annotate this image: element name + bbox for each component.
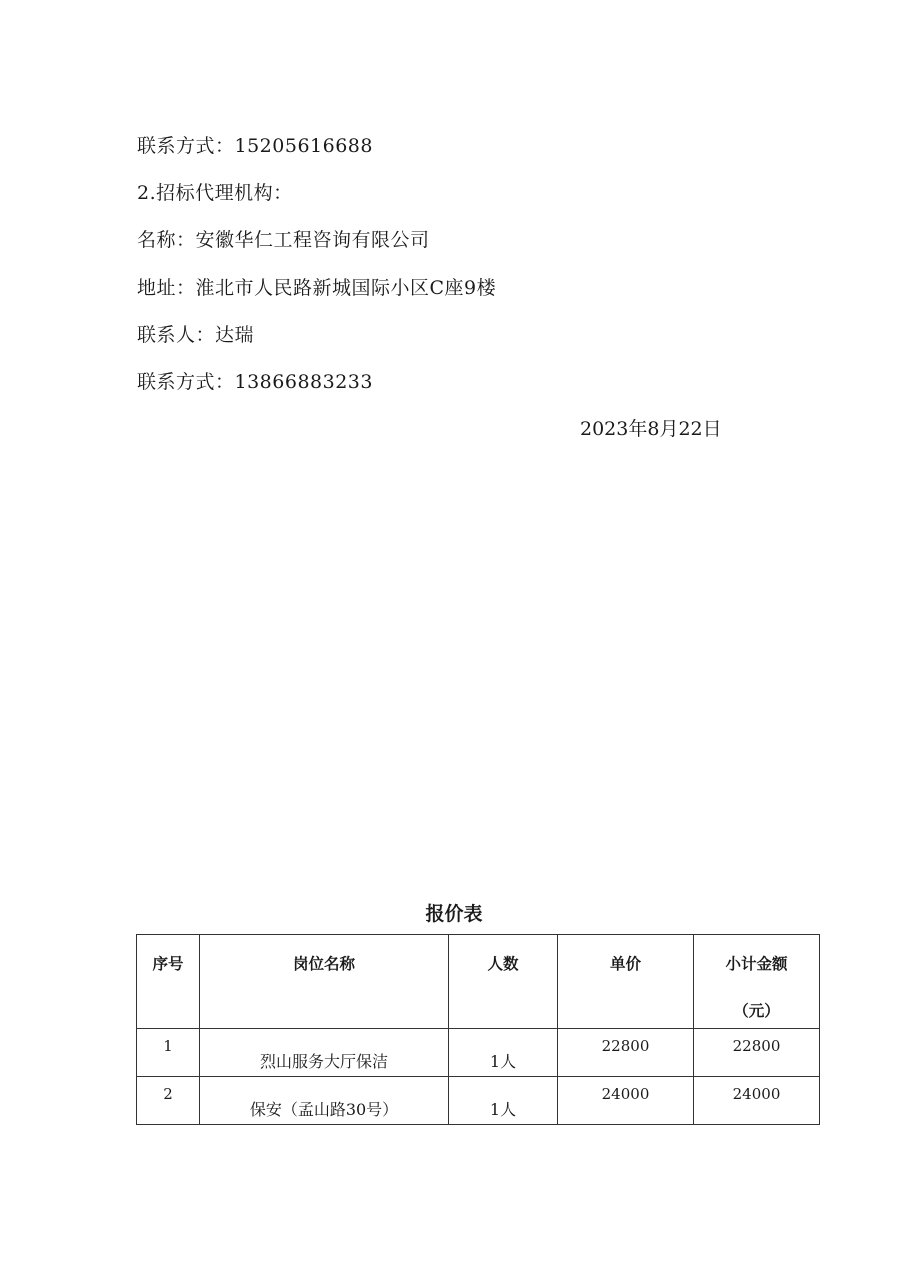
cell-unit-price: 24000 <box>558 1077 694 1125</box>
header-count: 人数 <box>449 935 558 1029</box>
table-header-row: 序号 岗位名称 人数 单价 小计金额 （元） <box>137 935 820 1029</box>
cell-count: 1人 <box>449 1029 558 1077</box>
table-row: 1 烈山服务大厅保洁 1人 22800 22800 <box>137 1029 820 1077</box>
cell-seq: 2 <box>137 1077 200 1125</box>
table-title: 报价表 <box>0 901 900 927</box>
cell-subtotal: 24000 <box>694 1077 820 1125</box>
tenderer-contact-phone: 联系方式：15205616688 <box>137 134 373 158</box>
header-unit-price: 单价 <box>558 935 694 1029</box>
cell-seq: 1 <box>137 1029 200 1077</box>
agency-address: 地址：淮北市人民路新城国际小区C座9楼 <box>137 276 496 300</box>
header-subtotal: 小计金额 （元） <box>694 935 820 1029</box>
quote-table: 序号 岗位名称 人数 单价 小计金额 （元） 1 烈山服务大厅保洁 1人 228… <box>136 934 820 1125</box>
cell-position: 保安（孟山路30号） <box>200 1077 449 1125</box>
agency-contact-person: 联系人：达瑞 <box>137 323 254 347</box>
cell-subtotal: 22800 <box>694 1029 820 1077</box>
cell-position: 烈山服务大厅保洁 <box>200 1029 449 1077</box>
header-position: 岗位名称 <box>200 935 449 1029</box>
agency-name: 名称：安徽华仁工程咨询有限公司 <box>137 228 430 252</box>
cell-unit-price: 22800 <box>558 1029 694 1077</box>
cell-count: 1人 <box>449 1077 558 1125</box>
document-date: 2023年8月22日 <box>580 417 722 441</box>
header-seq: 序号 <box>137 935 200 1029</box>
agency-contact-phone: 联系方式：13866883233 <box>137 370 373 394</box>
table-row: 2 保安（孟山路30号） 1人 24000 24000 <box>137 1077 820 1125</box>
agency-section-heading: 2.招标代理机构： <box>137 181 293 205</box>
